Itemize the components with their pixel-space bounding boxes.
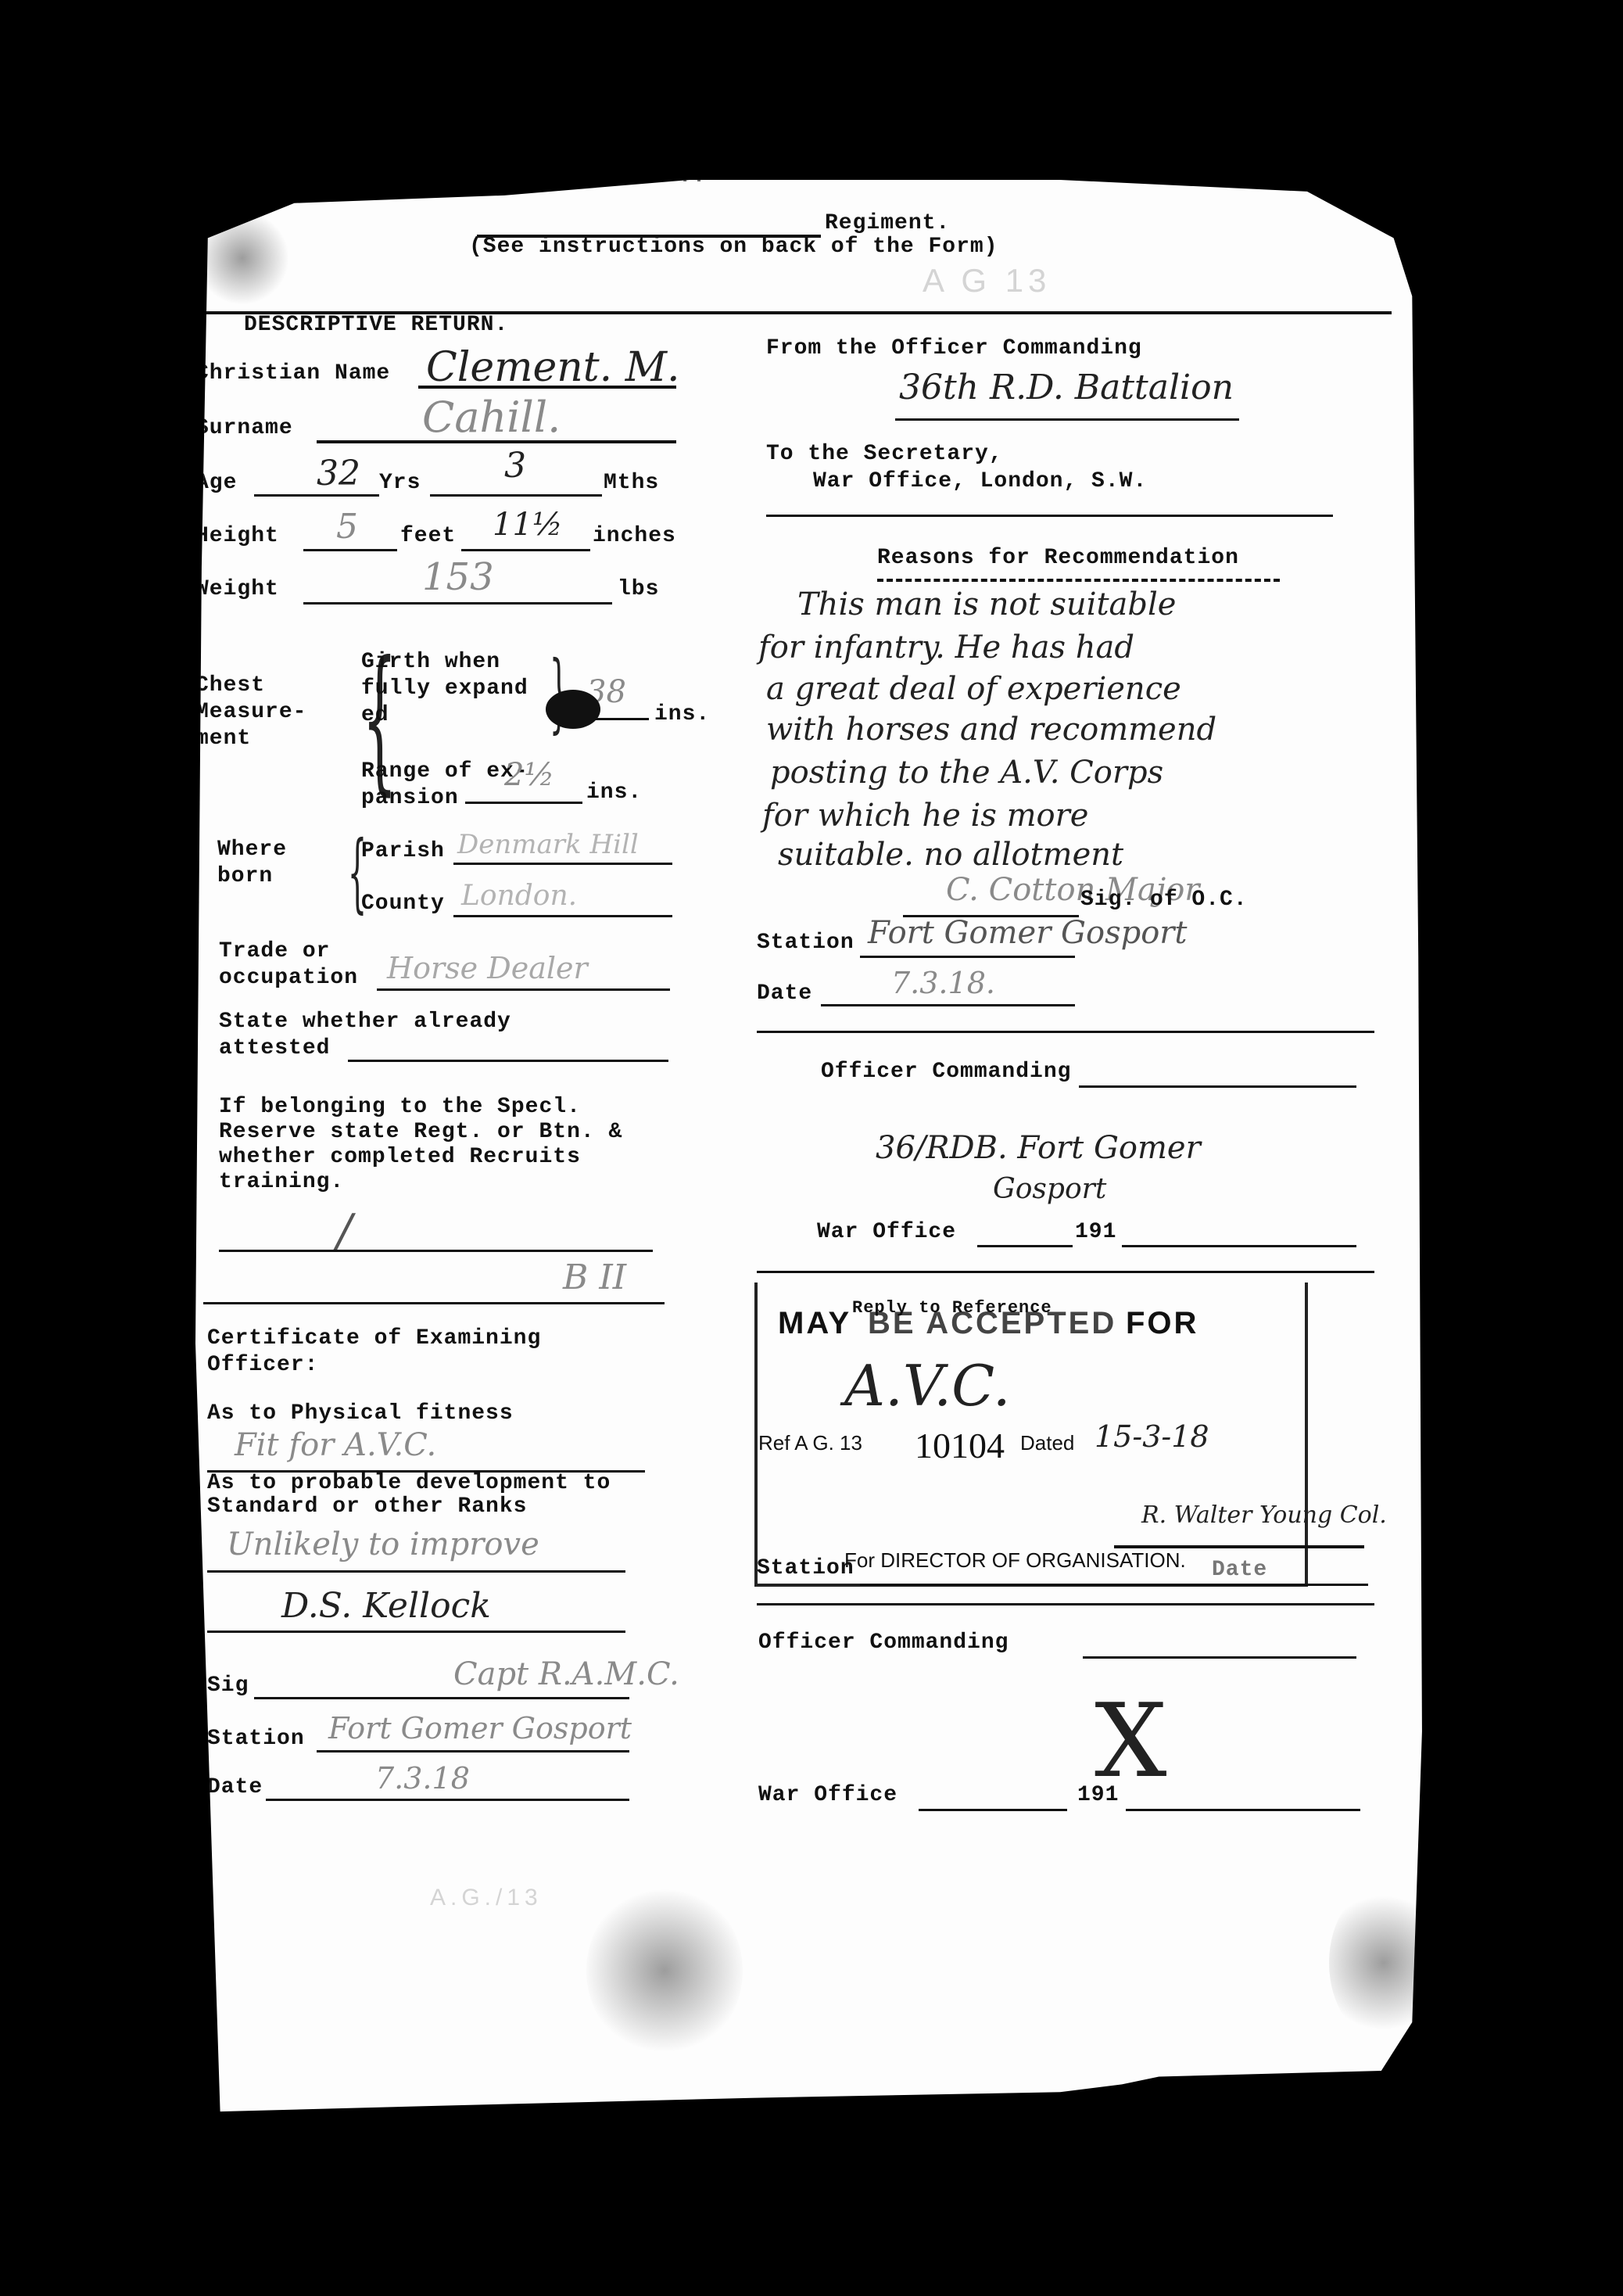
stamp-ref-label: Ref A G. 13 [758, 1431, 862, 1455]
stamp-date-label: Date [1212, 1558, 1267, 1582]
examiner-signature-line [207, 1631, 625, 1633]
height-inches-line [461, 549, 590, 551]
age-years-label: Yrs [379, 471, 421, 495]
endorsement-divider [757, 1271, 1374, 1273]
height-label: Height [195, 524, 279, 548]
girth-unit: ins. [654, 702, 710, 726]
parish-value: Denmark Hill [457, 829, 639, 860]
age-years-line [254, 494, 379, 497]
co-sig-label: Sig. of O.C. [1080, 888, 1248, 912]
rec-date-label: Date [757, 981, 812, 1006]
cert-sig-line [254, 1697, 629, 1699]
ink-stain [586, 1885, 743, 2057]
cert-date-value: 7.3.18 [375, 1761, 470, 1796]
bottom-ghost-stamp: A.G./13 [430, 1885, 543, 1911]
stamp-signature: R. Walter Young Col. [1141, 1501, 1387, 1529]
category-value: B II [563, 1257, 626, 1297]
certificate-title: Certificate of Examining Officer: [207, 1326, 614, 1379]
physical-fitness-value: Fit for A.V.C. [235, 1427, 436, 1463]
christian-name-value: Clement. M. [426, 344, 680, 391]
to-line-2: War Office, London, S.W. [813, 469, 1147, 493]
cert-date-line [266, 1799, 629, 1801]
reasons-line: suitable. no allotment [778, 837, 1123, 873]
special-reserve-line [219, 1250, 653, 1252]
girth-label: Girth when fully expand ed [361, 649, 557, 729]
stamp-dated-value: 15-3-18 [1095, 1419, 1209, 1454]
weight-label: Weight [195, 577, 279, 601]
war-office-line-2 [919, 1809, 1067, 1811]
to-divider [766, 515, 1333, 517]
war-office-year-line-2 [1126, 1809, 1360, 1811]
from-label: From the Officer Commanding [766, 336, 1142, 361]
stamp-station-line [860, 1584, 1368, 1586]
stamp-ref-number: 10104 [915, 1425, 1005, 1466]
endorsement-note-1: 36/RDB. Fort Gomer [876, 1130, 1201, 1166]
age-months-line [430, 494, 602, 497]
height-inches-label: inches [593, 524, 676, 548]
chest-label: Chest Measure-ment [195, 673, 328, 752]
reasons-line: for which he is more [762, 798, 1088, 834]
document-page: ... Regiment. (See instructions on back … [195, 180, 1431, 2119]
war-office-line-1 [977, 1245, 1073, 1247]
county-label: County [361, 891, 445, 916]
stamp-may: MAY [778, 1306, 851, 1341]
ghost-stamp-ag13: A G 13 [923, 262, 1051, 300]
weight-value: 153 [422, 555, 494, 599]
rec-date-value: 7.3.18. [891, 966, 995, 1000]
cert-sig-label: Sig [207, 1674, 249, 1698]
rec-date-line [821, 1004, 1075, 1006]
officer-commanding-line-1 [1079, 1085, 1356, 1088]
age-months-value: 3 [504, 446, 526, 486]
height-feet-value: 5 [336, 507, 358, 547]
weight-line [303, 602, 612, 604]
trade-label: Trade or occupation [219, 938, 383, 992]
reasons-line: This man is not suitable [797, 587, 1176, 622]
stamp-for: FOR [1126, 1306, 1198, 1341]
attested-label: State whether already attested [219, 1009, 547, 1062]
top-fragment: ... [665, 164, 706, 188]
trade-line [377, 988, 670, 991]
from-line [895, 418, 1239, 421]
war-office-year-2: 191 [1077, 1783, 1119, 1807]
height-feet-label: feet [400, 524, 456, 548]
officer-commanding-line-2 [1083, 1656, 1356, 1659]
from-value: 36th R.D. Battalion [899, 368, 1234, 407]
parish-line [453, 863, 672, 865]
physical-fitness-label: As to Physical fitness [207, 1401, 514, 1426]
ink-blot [546, 690, 600, 729]
age-months-label: Mths [604, 471, 659, 495]
stamp-dated-label: Dated [1020, 1431, 1074, 1455]
reasons-line: with horses and recommend [766, 712, 1216, 748]
weight-unit: lbs [618, 577, 659, 601]
county-value: London. [461, 880, 577, 912]
reasons-line: posting to the A.V. Corps [770, 755, 1163, 791]
reasons-line: a great deal of experience [766, 671, 1181, 707]
to-line-1: To the Secretary, [766, 442, 1003, 466]
age-years-value: 32 [317, 454, 360, 493]
war-office-label-2: War Office [758, 1783, 897, 1807]
officer-commanding-label-1: Officer Commanding [821, 1060, 1071, 1084]
reasons-line: for infantry. He has had [758, 630, 1134, 665]
cert-station-label: Station [207, 1727, 305, 1751]
war-office-label-1: War Office [817, 1220, 956, 1244]
development-label: As to probable development to Standard o… [207, 1472, 645, 1519]
special-reserve-label: If belonging to the Specl. Reserve state… [219, 1095, 657, 1195]
attested-line [348, 1060, 668, 1062]
surname-label: Surname [195, 416, 293, 440]
christian-name-label: Christian Name [195, 361, 390, 386]
range-unit: ins. [586, 780, 642, 805]
examiner-signature: D.S. Kellock [281, 1586, 491, 1626]
stamp-overprint: Reply to Reference [852, 1298, 1052, 1318]
county-line [453, 915, 672, 917]
left-section-divider [203, 1302, 665, 1304]
ink-stain [1329, 1885, 1438, 2041]
stamp-unit-value: A.V.C. [844, 1353, 1011, 1419]
cert-date-label: Date [207, 1775, 263, 1799]
stamp-footer: For DIRECTOR OF ORGANISATION. [844, 1548, 1186, 1573]
rec-station-label: Station [757, 931, 854, 955]
rec-station-line [860, 956, 1075, 958]
range-line [465, 802, 582, 804]
range-value: 2½ [504, 757, 554, 793]
development-line [207, 1570, 625, 1573]
war-office-year-1: 191 [1075, 1220, 1116, 1244]
regiment-label: Regiment. [825, 211, 950, 235]
stamp-divider [757, 1603, 1374, 1605]
where-born-label: Where born [217, 837, 319, 890]
height-inches-value: 11½ [493, 507, 563, 543]
cert-station-line [317, 1750, 629, 1752]
development-value: Unlikely to improve [227, 1526, 539, 1562]
parish-label: Parish [361, 839, 445, 863]
stamp-station-label: Station [757, 1556, 854, 1580]
cert-sig-value: Capt R.A.M.C. [453, 1656, 679, 1692]
descriptive-return-title: DESCRIPTIVE RETURN. [244, 313, 508, 337]
trade-value: Horse Dealer [387, 951, 588, 985]
ink-stain [195, 211, 289, 305]
reasons-underline [877, 579, 1280, 582]
reasons-title: Reasons for Recommendation [877, 546, 1239, 570]
rec-station-value: Fort Gomer Gosport [868, 915, 1187, 951]
officer-commanding-label-2: Officer Commanding [758, 1631, 1009, 1655]
rec-divider [757, 1031, 1374, 1033]
height-feet-line [303, 549, 397, 551]
endorsement-note-2: Gosport [993, 1173, 1106, 1205]
age-label: Age [195, 471, 237, 495]
instructions-note: (See instructions on back of the Form) [469, 235, 998, 259]
surname-value: Cahill. [422, 393, 561, 442]
cert-station-value: Fort Gomer Gosport [328, 1711, 632, 1745]
war-office-year-line-1 [1122, 1245, 1356, 1247]
